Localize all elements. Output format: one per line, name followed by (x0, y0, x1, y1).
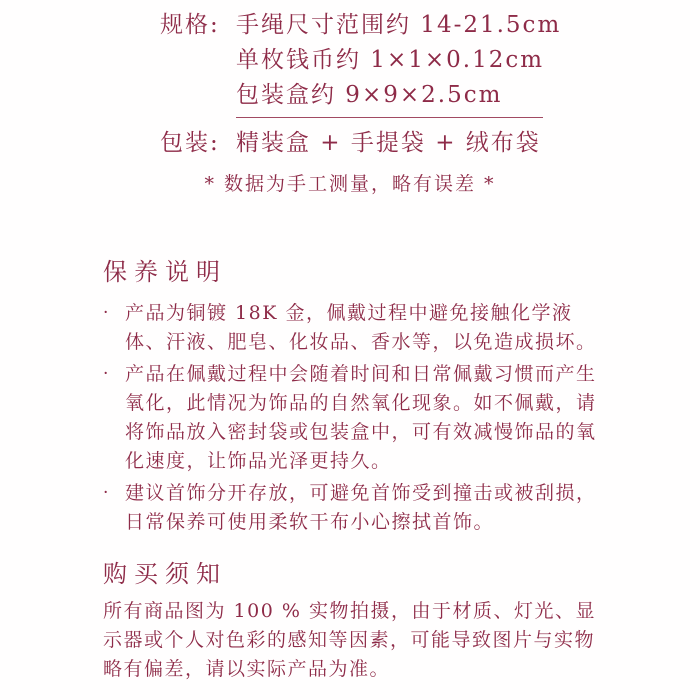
packaging-label: 包装: (160, 126, 236, 161)
divider-line (236, 117, 543, 118)
care-bullet-item: · 建议首饰分开存放，可避免首饰受到撞击或被刮损，日常保养可使用柔软干布小心擦拭… (103, 479, 608, 537)
purchase-section: 购买须知 所有商品图为 100 % 实物拍摄，由于材质、灯光、显示器或个人对色彩… (103, 559, 608, 684)
product-description-page: 规格: 手绳尺寸范围约 14-21.5cm 单枚钱币约 1×1×0.12cm 包… (0, 0, 700, 700)
care-bullet-item: · 产品在佩戴过程中会随着时间和日常佩戴习惯而产生氧化，此情况为饰品的自然氧化现… (103, 360, 608, 476)
spec-lines: 手绳尺寸范围约 14-21.5cm 单枚钱币约 1×1×0.12cm 包装盒约 … (236, 8, 700, 124)
care-bullet-text: 产品在佩戴过程中会随着时间和日常佩戴习惯而产生氧化，此情况为饰品的自然氧化现象。… (125, 360, 608, 476)
care-bullet-item: · 产品为铜镀 18K 金，佩戴过程中避免接触化学液体、汗液、肥皂、化妆品、香水… (103, 299, 608, 357)
spec-label: 规格: (160, 8, 236, 43)
purchase-section-title: 购买须知 (103, 559, 608, 589)
bullet-dot-icon: · (103, 479, 125, 508)
spec-line-coin-size: 单枚钱币约 1×1×0.12cm (236, 43, 700, 78)
bullet-dot-icon: · (103, 360, 125, 389)
spec-row: 规格: 手绳尺寸范围约 14-21.5cm 单枚钱币约 1×1×0.12cm 包… (0, 8, 700, 124)
spec-line-rope-size: 手绳尺寸范围约 14-21.5cm (236, 8, 700, 43)
spec-section: 规格: 手绳尺寸范围约 14-21.5cm 单枚钱币约 1×1×0.12cm 包… (0, 0, 700, 197)
bullet-dot-icon: · (103, 299, 125, 328)
care-bullet-list: · 产品为铜镀 18K 金，佩戴过程中避免接触化学液体、汗液、肥皂、化妆品、香水… (103, 299, 608, 537)
care-bullet-text: 建议首饰分开存放，可避免首饰受到撞击或被刮损，日常保养可使用柔软干布小心擦拭首饰… (125, 479, 608, 537)
care-section: 保养说明 · 产品为铜镀 18K 金，佩戴过程中避免接触化学液体、汗液、肥皂、化… (103, 257, 608, 537)
spec-line-box-size: 包装盒约 9×9×2.5cm (236, 78, 700, 113)
care-bullet-text: 产品为铜镀 18K 金，佩戴过程中避免接触化学液体、汗液、肥皂、化妆品、香水等，… (125, 299, 608, 357)
purchase-body-text: 所有商品图为 100 % 实物拍摄，由于材质、灯光、显示器或个人对色彩的感知等因… (103, 597, 608, 684)
packaging-value: 精装盒 + 手提袋 + 绒布袋 (236, 126, 700, 161)
packaging-row: 包装: 精装盒 + 手提袋 + 绒布袋 (0, 126, 700, 161)
measurement-note: * 数据为手工测量，略有误差 * (0, 171, 700, 197)
care-section-title: 保养说明 (103, 257, 608, 287)
